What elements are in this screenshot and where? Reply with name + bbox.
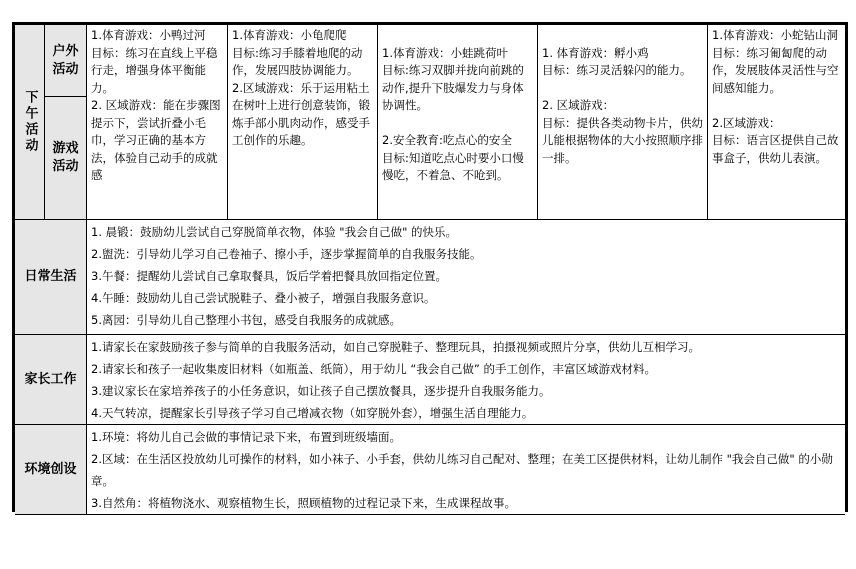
environment-item: 3.自然角：将植物浇水、观察植物生长，照顾植物的过程记录下来，生成课程故事。: [87, 492, 845, 514]
daily-life-item: 2.盥洗：引导幼儿学习自己卷袖子、擦小手，逐步掌握简单的自我服务技能。: [87, 243, 845, 265]
game-activity-header: 游戏活动: [45, 97, 87, 220]
parent-work-content: 1.请家长在家鼓励孩子参与简单的自我服务活动，如自己穿脱鞋子、整理玩具，拍摄视频…: [87, 335, 845, 425]
daily-life-content: 1. 晨锻：鼓励幼儿尝试自己穿脱简单衣物，体验 "我会自己做" 的快乐。 2.盥…: [87, 220, 845, 335]
thursday-activity: 1. 体育游戏：孵小鸡 目标：练习灵活躲闪的能力。 2. 区域游戏： 目标：提供…: [538, 25, 708, 220]
environment-content: 1.环境：将幼儿自己会做的事情记录下来，布置到班级墙面。 2.区域：在生活区投放…: [87, 425, 845, 515]
parent-work-header: 家长工作: [15, 335, 87, 425]
tuesday-activity: 1.体育游戏：小龟爬爬 目标:练习手膝着地爬的动作，发展四肢协调能力。 2.区域…: [228, 25, 378, 220]
daily-life-item: 1. 晨锻：鼓励幼儿尝试自己穿脱简单衣物，体验 "我会自己做" 的快乐。: [87, 221, 845, 243]
wednesday-activity: 1.体育游戏：小蛙跳荷叶 目标:练习双脚并拢向前跳的动作,提升下肢爆发力与身体协…: [378, 25, 538, 220]
parent-work-item: 3.建议家长在家培养孩子的小任务意识，如让孩子自己摆放餐具，逐步提升自我服务能力…: [87, 380, 845, 402]
outdoor-activity-header: 户外活动: [45, 25, 87, 97]
environment-item: 1.环境：将幼儿自己会做的事情记录下来，布置到班级墙面。: [87, 426, 845, 448]
parent-work-item: 4.天气转凉，提醒家长引导孩子学习自己增减衣物（如穿脱外套），增强生活自理能力。: [87, 402, 845, 424]
environment-header: 环境创设: [15, 425, 87, 515]
daily-life-item: 3.午餐：提醒幼儿尝试自己拿取餐具，饭后学着把餐具放回指定位置。: [87, 265, 845, 287]
environment-item: 2.区域：在生活区投放幼儿可操作的材料，如小袜子、小手套，供幼儿练习自己配对、整…: [87, 448, 845, 492]
friday-activity: 1.体育游戏：小蛇钻山洞 目标：练习匍匐爬的动作，发展肢体灵活性与空间感知能力。…: [708, 25, 845, 220]
afternoon-header: 下午活动: [15, 25, 45, 220]
parent-work-item: 1.请家长在家鼓励孩子参与简单的自我服务活动，如自己穿脱鞋子、整理玩具，拍摄视频…: [87, 336, 845, 358]
daily-life-item: 4.午睡：鼓励幼儿自己尝试脱鞋子、叠小被子，增强自我服务意识。: [87, 287, 845, 309]
daily-life-item: 5.离园：引导幼儿自己整理小书包，感受自我服务的成就感。: [87, 309, 845, 331]
daily-life-header: 日常生活: [15, 220, 87, 335]
parent-work-item: 2.请家长和孩子一起收集废旧材料（如瓶盖、纸筒），用于幼儿 “我会自己做” 的手…: [87, 358, 845, 380]
monday-activity: 1.体育游戏：小鸭过河 目标：练习在直线上平稳行走，增强身体平衡能力。 2. 区…: [87, 25, 228, 220]
weekly-plan-table: 下午活动 户外活动 游戏活动 1.体育游戏：小鸭过河 目标：练习在直线上平稳行走…: [12, 22, 848, 512]
